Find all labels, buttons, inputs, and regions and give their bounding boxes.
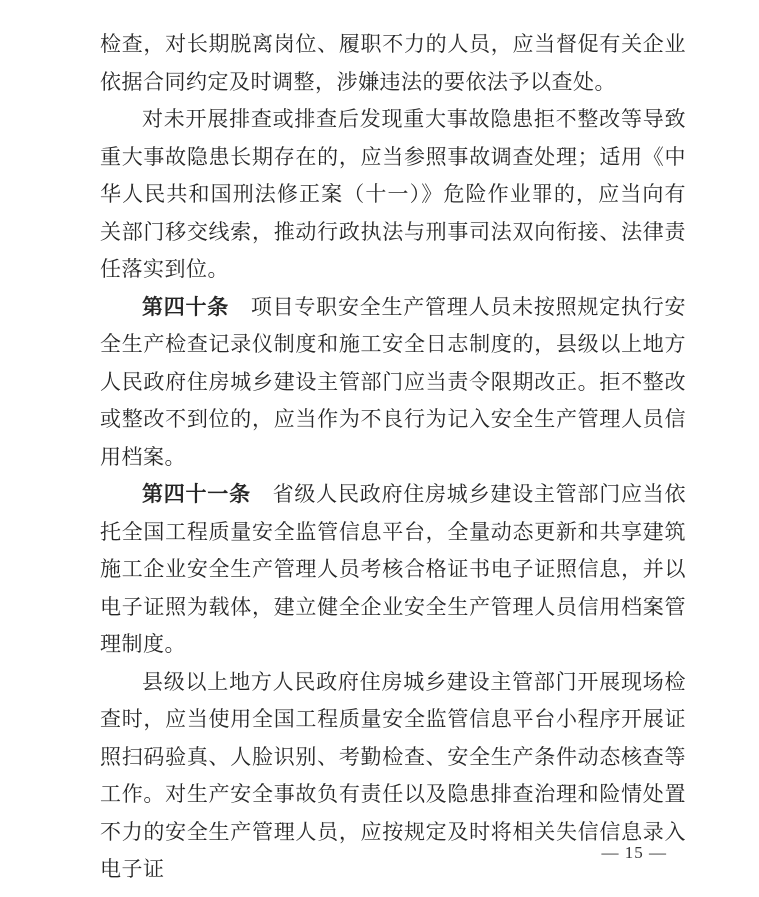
document-body: 检查，对长期脱离岗位、履职不力的人员，应当督促有关企业依据合同约定及时调整，涉嫌… bbox=[100, 26, 686, 889]
paragraph: 县级以上地方人民政府住房城乡建设主管部门开展现场检查时，应当使用全国工程质量安全… bbox=[100, 664, 686, 889]
paragraph-text: 检查，对长期脱离岗位、履职不力的人员，应当督促有关企业依据合同约定及时调整，涉嫌… bbox=[100, 32, 686, 94]
paragraph-text: 县级以上地方人民政府住房城乡建设主管部门开展现场检查时，应当使用全国工程质量安全… bbox=[100, 670, 686, 882]
paragraph-text: 省级人民政府住房城乡建设主管部门应当依托全国工程质量安全监管信息平台，全量动态更… bbox=[100, 482, 686, 656]
article-number: 第四十条 bbox=[142, 295, 229, 319]
article-number: 第四十一条 bbox=[142, 482, 251, 506]
paragraph: 对未开展排查或排查后发现重大事故隐患拒不整改等导致重大事故隐患长期存在的，应当参… bbox=[100, 101, 686, 289]
paragraph-text: 项目专职安全生产管理人员未按照规定执行安全生产检查记录仪制度和施工安全日志制度的… bbox=[100, 295, 686, 469]
page-number: — 15 — bbox=[602, 843, 668, 863]
paragraph: 第四十条 项目专职安全生产管理人员未按照规定执行安全生产检查记录仪制度和施工安全… bbox=[100, 289, 686, 477]
paragraph-text: 对未开展排查或排查后发现重大事故隐患拒不整改等导致重大事故隐患长期存在的，应当参… bbox=[100, 107, 686, 281]
paragraph: 检查，对长期脱离岗位、履职不力的人员，应当督促有关企业依据合同约定及时调整，涉嫌… bbox=[100, 26, 686, 101]
document-page: 检查，对长期脱离岗位、履职不力的人员，应当督促有关企业依据合同约定及时调整，涉嫌… bbox=[0, 0, 759, 897]
paragraph: 第四十一条 省级人民政府住房城乡建设主管部门应当依托全国工程质量安全监管信息平台… bbox=[100, 476, 686, 664]
